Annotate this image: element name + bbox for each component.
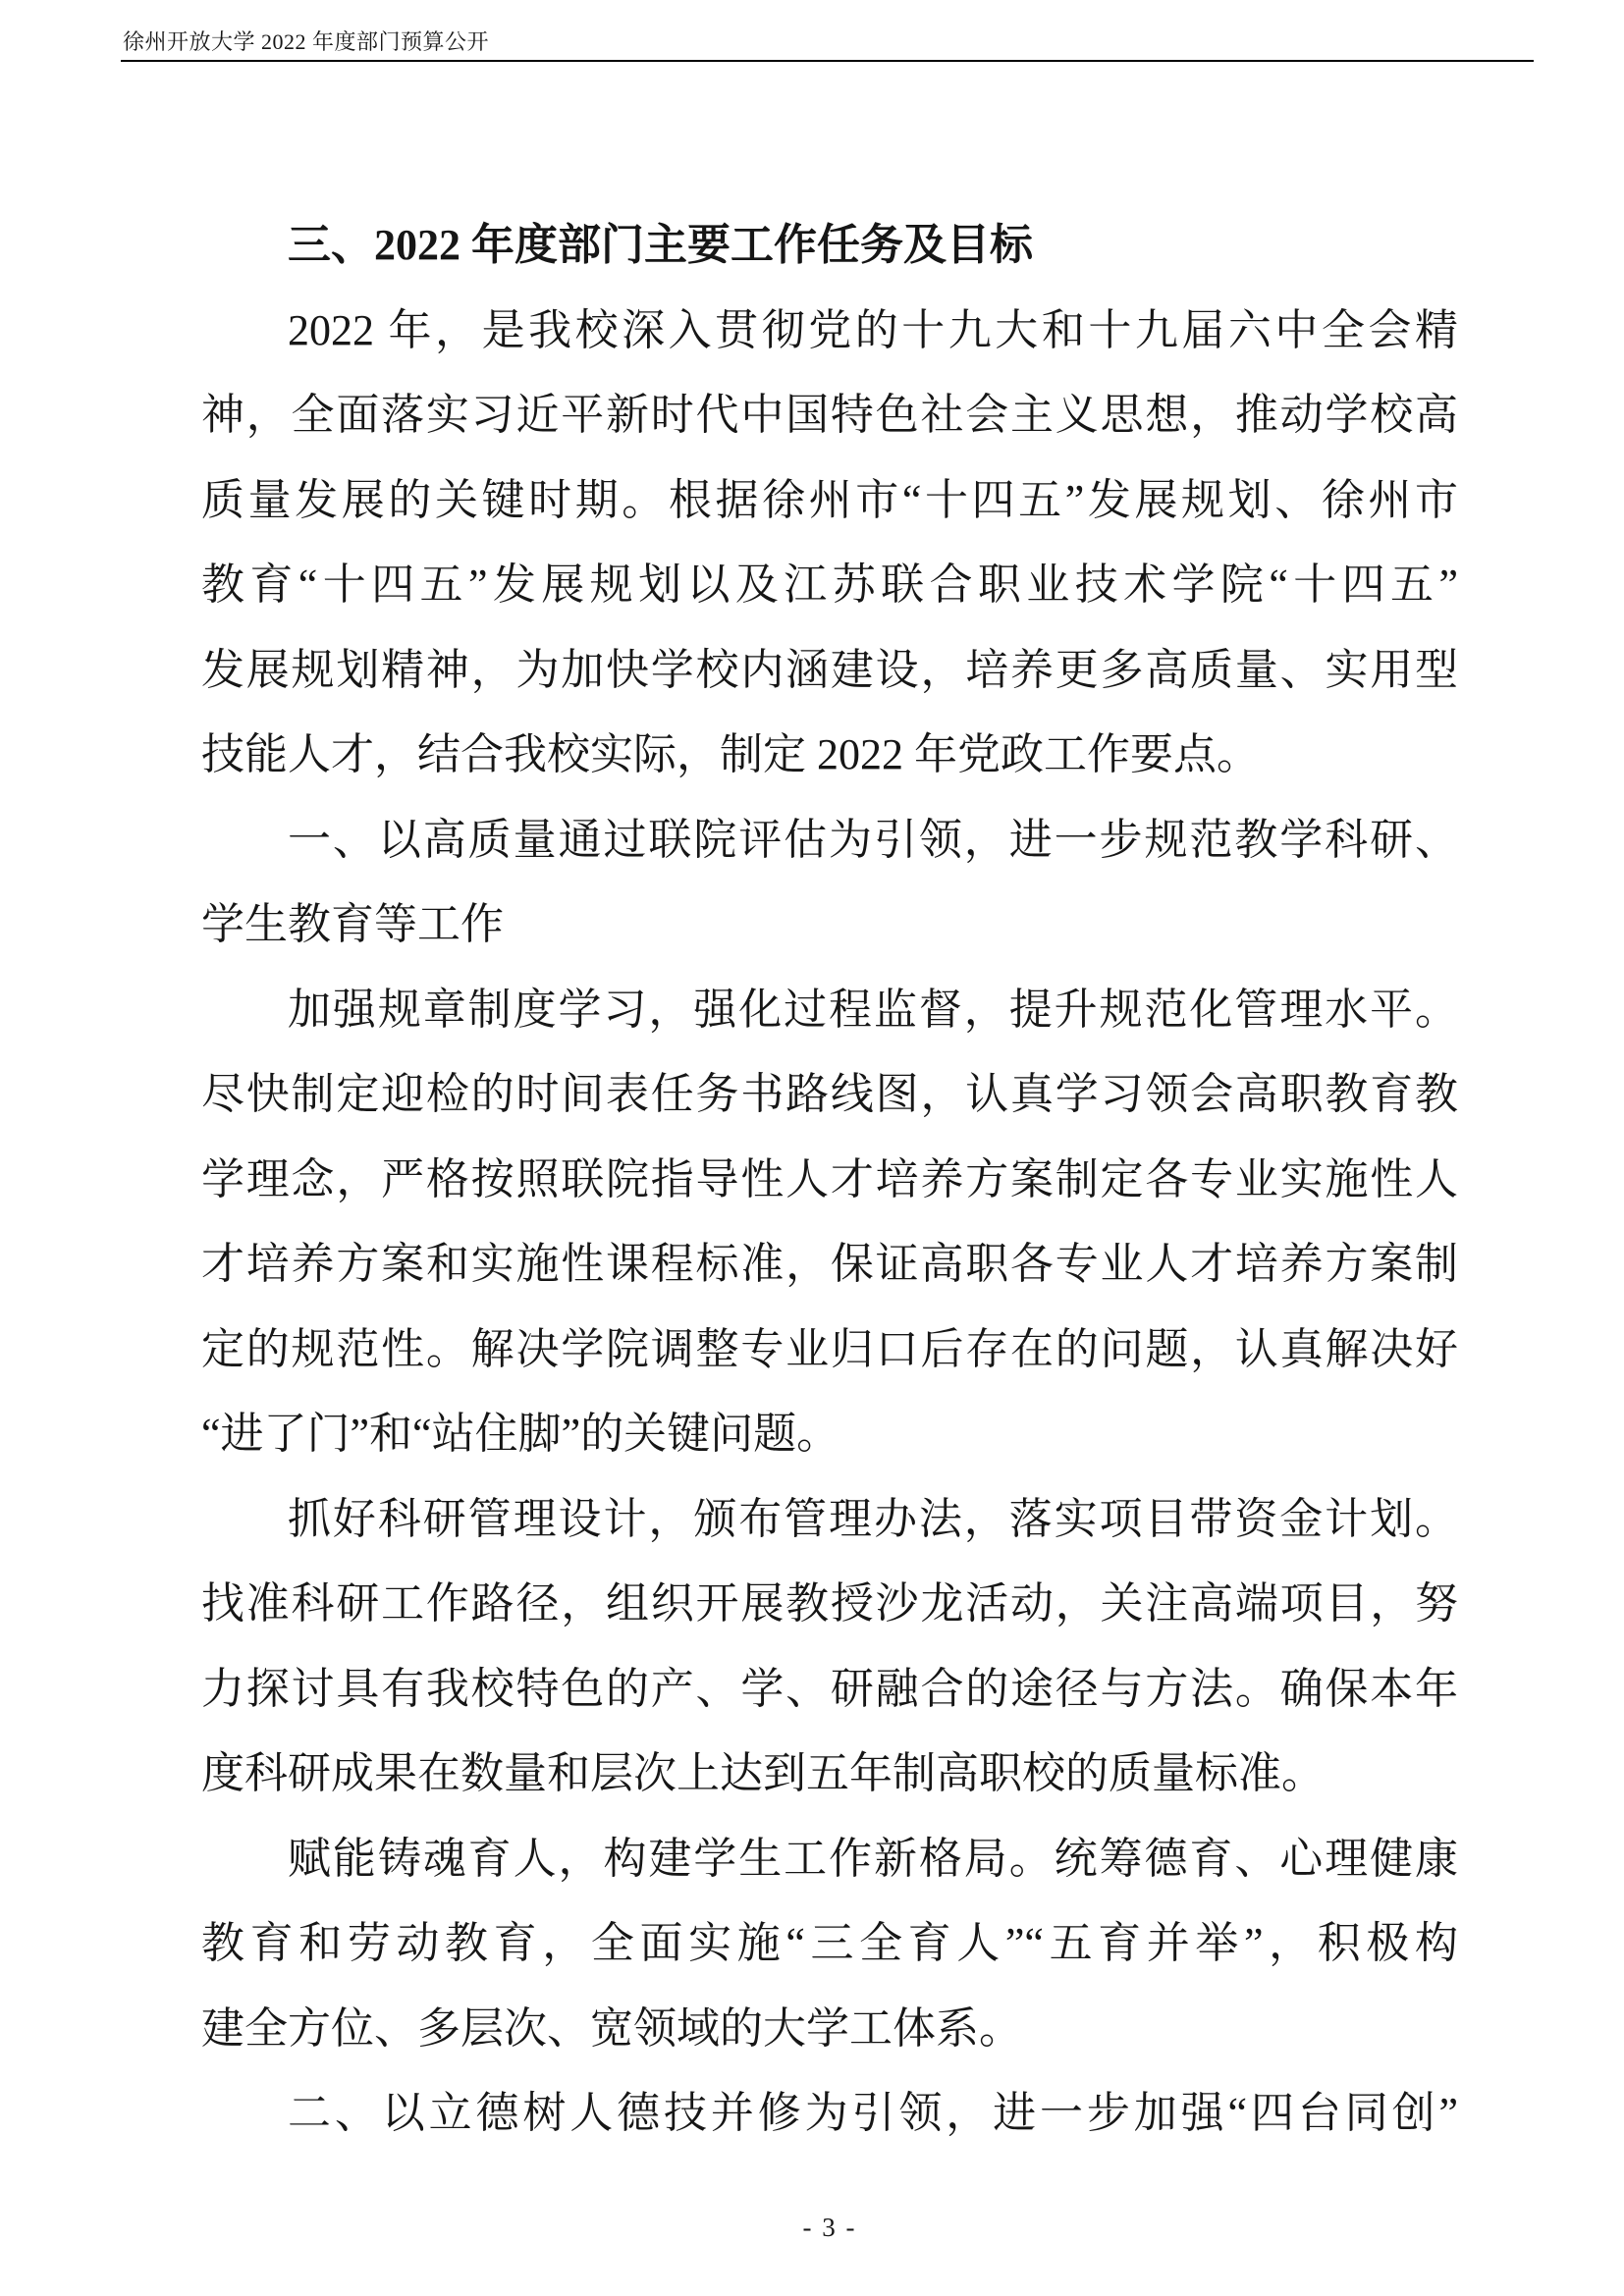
- text-line: 2022 年，是我校深入贯彻党的十九大和十九届六中全会精: [201, 289, 1458, 374]
- section-title: 三、2022 年度部门主要工作任务及目标: [201, 203, 1458, 289]
- header-divider: [121, 60, 1534, 62]
- page-number: - 3 -: [803, 2213, 857, 2242]
- text-line: 学理念，严格按照联院指导性人才培养方案制定各专业实施性人: [201, 1138, 1458, 1223]
- text-line: 学生教育等工作: [201, 882, 1458, 968]
- text-line: 神，全面落实习近平新时代中国特色社会主义思想，推动学校高: [201, 373, 1458, 458]
- page-footer: - 3 -: [201, 2213, 1458, 2243]
- text-line: “进了门”和“站住脚”的关键问题。: [201, 1392, 1458, 1477]
- text-line: 定的规范性。解决学院调整专业归口后存在的问题，认真解决好: [201, 1308, 1458, 1393]
- text-line: 尽快制定迎检的时间表任务书路线图，认真学习领会高职教育教: [201, 1052, 1458, 1138]
- header-title: 徐州开放大学 2022 年度部门预算公开: [123, 26, 489, 56]
- text-line: 技能人才，结合我校实际，制定 2022 年党政工作要点。: [201, 713, 1458, 798]
- text-line: 二、以立德树人德技并修为引领，进一步加强“四台同创”: [201, 2071, 1458, 2157]
- text-line: 教育“十四五”发展规划以及江苏联合职业技术学院“十四五”: [201, 543, 1458, 628]
- text-line: 质量发展的关键时期。根据徐州市“十四五”发展规划、徐州市: [201, 458, 1458, 544]
- text-line: 发展规划精神，为加快学校内涵建设，培养更多高质量、实用型: [201, 628, 1458, 714]
- text-line: 抓好科研管理设计，颁布管理办法，落实项目带资金计划。: [201, 1477, 1458, 1563]
- text-line: 力探讨具有我校特色的产、学、研融合的途径与方法。确保本年: [201, 1647, 1458, 1733]
- text-line: 建全方位、多层次、宽领域的大学工体系。: [201, 1987, 1458, 2072]
- text-line: 度科研成果在数量和层次上达到五年制高职校的质量标准。: [201, 1732, 1458, 1817]
- text-line: 找准科研工作路径，组织开展教授沙龙活动，关注高端项目，努: [201, 1562, 1458, 1647]
- text-line: 一、以高质量通过联院评估为引领，进一步规范教学科研、: [201, 798, 1458, 883]
- document-body: 三、2022 年度部门主要工作任务及目标 2022 年，是我校深入贯彻党的十九大…: [201, 203, 1458, 2157]
- text-line: 加强规章制度学习，强化过程监督，提升规范化管理水平。: [201, 968, 1458, 1053]
- text-line: 教育和劳动教育，全面实施“三全育人”“五育并举”，积极构: [201, 1901, 1458, 1987]
- text-line: 才培养方案和实施性课程标准，保证高职各专业人才培养方案制: [201, 1222, 1458, 1308]
- text-line: 赋能铸魂育人，构建学生工作新格局。统筹德育、心理健康: [201, 1817, 1458, 1902]
